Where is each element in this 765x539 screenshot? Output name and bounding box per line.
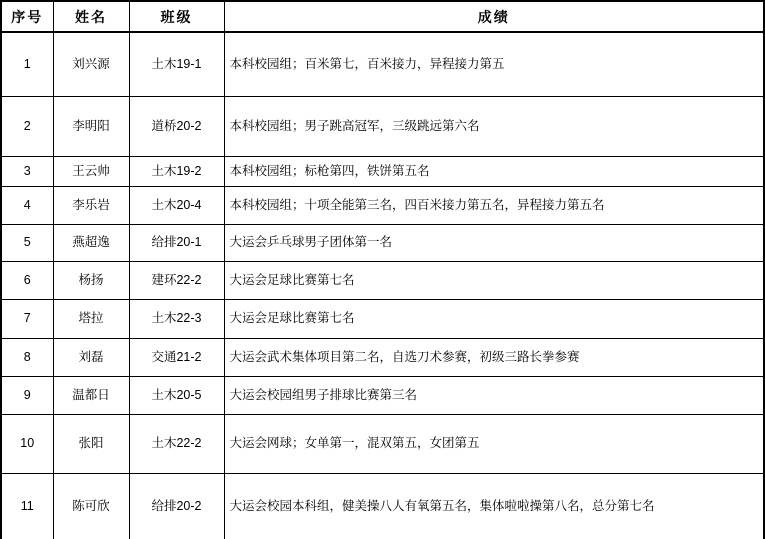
table-row: 2 李明阳 道桥20-2 本科校园组；男子跳高冠军，三级跳远第六名 — [1, 96, 764, 156]
table-row: 9 温都日 土木20-5 大运会校园组男子排球比赛第三名 — [1, 376, 764, 414]
cell-no: 5 — [1, 224, 53, 261]
table-row: 1 刘兴源 土木19-1 本科校园组；百米第七，百米接力，异程接力第五 — [1, 32, 764, 96]
cell-no: 1 — [1, 32, 53, 96]
table-row: 6 杨扬 建环22-2 大运会足球比赛第七名 — [1, 261, 764, 299]
header-class: 班级 — [129, 1, 224, 32]
cell-result: 大运会足球比赛第七名 — [224, 299, 764, 338]
cell-no: 11 — [1, 473, 53, 539]
cell-name: 王云帅 — [53, 156, 129, 186]
table-row: 4 李乐岩 土木20-4 本科校园组；十项全能第三名，四百米接力第五名，异程接力… — [1, 186, 764, 224]
cell-no: 3 — [1, 156, 53, 186]
header-row: 序号 姓名 班级 成绩 — [1, 1, 764, 32]
cell-class: 道桥20-2 — [129, 96, 224, 156]
cell-name: 李明阳 — [53, 96, 129, 156]
cell-no: 4 — [1, 186, 53, 224]
cell-result: 本科校园组；十项全能第三名，四百米接力第五名，异程接力第五名 — [224, 186, 764, 224]
cell-name: 李乐岩 — [53, 186, 129, 224]
cell-name: 燕超逸 — [53, 224, 129, 261]
cell-class: 土木20-5 — [129, 376, 224, 414]
table-row: 7 塔拉 土木22-3 大运会足球比赛第七名 — [1, 299, 764, 338]
cell-name: 陈可欣 — [53, 473, 129, 539]
cell-no: 2 — [1, 96, 53, 156]
cell-result: 本科校园组；百米第七，百米接力，异程接力第五 — [224, 32, 764, 96]
table-row: 10 张阳 土木22-2 大运会网球；女单第一，混双第五，女团第五 — [1, 414, 764, 473]
table-row: 11 陈可欣 给排20-2 大运会校园本科组，健美操八人有氧第五名，集体啦啦操第… — [1, 473, 764, 539]
table-row: 3 王云帅 土木19-2 本科校园组；标枪第四，铁饼第五名 — [1, 156, 764, 186]
cell-result: 本科校园组；标枪第四，铁饼第五名 — [224, 156, 764, 186]
cell-result: 大运会网球；女单第一，混双第五，女团第五 — [224, 414, 764, 473]
cell-name: 塔拉 — [53, 299, 129, 338]
cell-class: 建环22-2 — [129, 261, 224, 299]
cell-result: 本科校园组；男子跳高冠军，三级跳远第六名 — [224, 96, 764, 156]
cell-no: 8 — [1, 338, 53, 376]
cell-class: 土木22-3 — [129, 299, 224, 338]
cell-name: 张阳 — [53, 414, 129, 473]
cell-class: 土木19-1 — [129, 32, 224, 96]
header-result: 成绩 — [224, 1, 764, 32]
cell-name: 杨扬 — [53, 261, 129, 299]
cell-name: 温都日 — [53, 376, 129, 414]
cell-no: 10 — [1, 414, 53, 473]
cell-class: 给排20-2 — [129, 473, 224, 539]
header-no: 序号 — [1, 1, 53, 32]
cell-no: 9 — [1, 376, 53, 414]
cell-result: 大运会校园本科组，健美操八人有氧第五名，集体啦啦操第八名，总分第七名 — [224, 473, 764, 539]
cell-class: 土木19-2 — [129, 156, 224, 186]
cell-class: 土木22-2 — [129, 414, 224, 473]
cell-no: 6 — [1, 261, 53, 299]
results-table: 序号 姓名 班级 成绩 1 刘兴源 土木19-1 本科校园组；百米第七，百米接力… — [0, 0, 765, 539]
cell-result: 大运会校园组男子排球比赛第三名 — [224, 376, 764, 414]
table-row: 5 燕超逸 给排20-1 大运会乒乓球男子团体第一名 — [1, 224, 764, 261]
cell-class: 土木20-4 — [129, 186, 224, 224]
cell-result: 大运会足球比赛第七名 — [224, 261, 764, 299]
cell-class: 交通21-2 — [129, 338, 224, 376]
cell-class: 给排20-1 — [129, 224, 224, 261]
cell-result: 大运会乒乓球男子团体第一名 — [224, 224, 764, 261]
table-row: 8 刘磊 交通21-2 大运会武术集体项目第二名，自选刀术参赛，初级三路长拳参赛 — [1, 338, 764, 376]
header-name: 姓名 — [53, 1, 129, 32]
cell-name: 刘兴源 — [53, 32, 129, 96]
cell-name: 刘磊 — [53, 338, 129, 376]
cell-no: 7 — [1, 299, 53, 338]
cell-result: 大运会武术集体项目第二名，自选刀术参赛，初级三路长拳参赛 — [224, 338, 764, 376]
